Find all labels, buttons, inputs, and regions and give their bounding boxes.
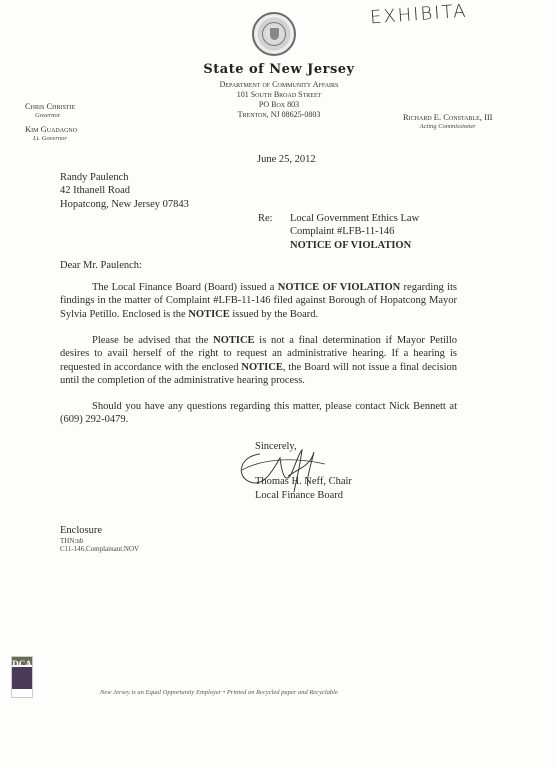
department-street: 101 South Broad Street [0, 90, 558, 99]
letter-date: June 25, 2012 [257, 153, 316, 166]
signer-name: Thomas H. Neff, Chair [255, 475, 352, 488]
commissioner-name: Richard E. Constable, III [403, 113, 493, 122]
governor-title: Governor [25, 111, 77, 120]
recipient-address: Randy Paulench 42 Ithanell Road Hopatcon… [60, 171, 189, 211]
lt-governor-title: Lt. Governor [25, 134, 77, 143]
enclosure-block: Enclosure THN:nb C11-146.Complainant.NOV [60, 524, 139, 553]
governor-block: Chris Christie Governor Kim Guadagno Lt.… [25, 102, 77, 143]
state-title: State of New Jersey [0, 62, 558, 77]
commissioner-block: Richard E. Constable, III Acting Commiss… [403, 113, 493, 131]
closing: Sincerely, [255, 440, 352, 453]
signer-org: Local Finance Board [255, 489, 352, 502]
paragraph-1: The Local Finance Board (Board) issued a… [60, 281, 457, 321]
governor-name: Chris Christie [25, 102, 77, 111]
re-label: Re: [258, 212, 273, 225]
re-line-3: NOTICE OF VIOLATION [290, 239, 419, 252]
signature-block: Sincerely, Thomas H. Neff, Chair Local F… [255, 440, 352, 502]
commissioner-title: Acting Commissioner [403, 122, 493, 131]
file-reference: C11-146.Complainant.NOV [60, 545, 139, 553]
paragraph-3: Should you have any questions regarding … [60, 400, 457, 427]
re-line-1: Local Government Ethics Law [290, 212, 419, 225]
initials: THN:nb [60, 537, 139, 545]
recipient-city: Hopatcong, New Jersey 07843 [60, 198, 189, 211]
department-name: Department of Community Affairs [0, 80, 558, 89]
re-line-2: Complaint #LFB-11-146 [290, 225, 419, 238]
salutation: Dear Mr. Paulench: [60, 259, 142, 272]
footer-text: New Jersey is an Equal Opportunity Emplo… [100, 689, 338, 696]
state-seal-icon [252, 12, 296, 56]
lt-governor-name: Kim Guadagno [25, 125, 77, 134]
recipient-street: 42 Ithanell Road [60, 184, 189, 197]
recipient-name: Randy Paulench [60, 171, 189, 184]
re-subject: Local Government Ethics Law Complaint #L… [290, 212, 419, 252]
department-po-box: PO Box 803 [0, 100, 558, 109]
dca-logo-icon: DCA [11, 656, 33, 698]
paragraph-2: Please be advised that the NOTICE is not… [60, 334, 457, 388]
handwritten-exhibit-note: EXHIBITA [369, 1, 468, 29]
enclosure-label: Enclosure [60, 524, 139, 537]
